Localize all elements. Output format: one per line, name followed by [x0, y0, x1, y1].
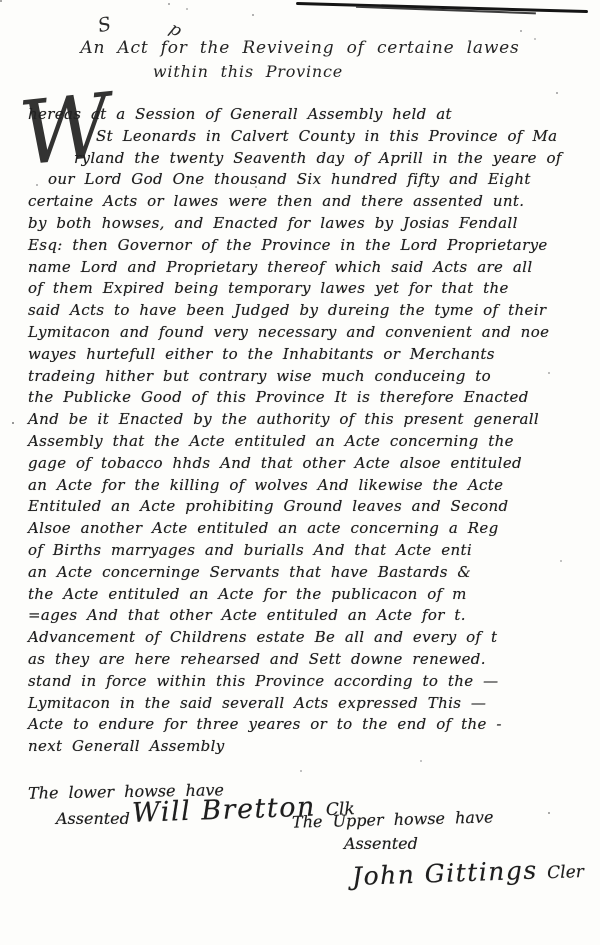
manuscript-line: Acte to endure for three yeares or to th…: [28, 714, 580, 736]
manuscript-line: Lymitacon in the said severall Acts expr…: [28, 693, 580, 715]
manuscript-line: by both howses, and Enacted for lawes by…: [28, 213, 580, 235]
dropcap-w: W: [16, 85, 114, 174]
manuscript-line: our Lord God One thousand Six hundred fi…: [48, 169, 580, 191]
manuscript-line: next Generall Assembly: [28, 736, 580, 758]
manuscript-line: said Acts to have been Judged by dureing…: [28, 300, 580, 322]
act-title-line1: An Act for the Reviveing of certaine law…: [0, 38, 600, 58]
manuscript-line: ryland the twenty Seaventh day of Aprill…: [74, 148, 580, 170]
manuscript-line: the Acte entituled an Acte for the publi…: [28, 584, 580, 606]
signature-section: The lower howse have Assented Will Brett…: [0, 782, 600, 942]
manuscript-line: name Lord and Proprietary thereof which …: [28, 257, 580, 279]
act-body: W hereas at a Session of Generall Assemb…: [28, 104, 580, 758]
upper-house-assent: Assented: [344, 834, 418, 853]
manuscript-line: hereas at a Session of Generall Assembly…: [28, 104, 580, 126]
manuscript-page: S p An Act for the Reviveing of certaine…: [0, 0, 600, 945]
upper-house-signature: John Gittings Cler: [352, 854, 585, 891]
manuscript-line: an Acte for the killing of wolves And li…: [28, 475, 580, 497]
upper-house-clerk-title: Cler: [547, 862, 584, 883]
manuscript-line: the Publicke Good of this Province It is…: [28, 387, 580, 409]
manuscript-line: Entituled an Acte prohibiting Ground lea…: [28, 496, 580, 518]
manuscript-line: Alsoe another Acte entituled an acte con…: [28, 518, 580, 540]
manuscript-line: certaine Acts or lawes were then and the…: [28, 191, 580, 213]
manuscript-line: tradeing hither but contrary wise much c…: [28, 366, 580, 388]
manuscript-line: wayes hurtefull either to the Inhabitant…: [28, 344, 580, 366]
manuscript-line: gage of tobacco hhds And that other Acte…: [28, 453, 580, 475]
manuscript-line: as they are here rehearsed and Sett down…: [28, 649, 580, 671]
manuscript-line: Advancement of Childrens estate Be all a…: [28, 627, 580, 649]
manuscript-line: of them Expired being temporary lawes ye…: [28, 278, 580, 300]
manuscript-line: St Leonards in Calvert County in this Pr…: [96, 126, 580, 148]
manuscript-line: stand in force within this Province acco…: [28, 671, 580, 693]
upper-house-signer-name: John Gittings: [352, 856, 539, 891]
manuscript-lines: hereas at a Session of Generall Assembly…: [28, 104, 580, 758]
page-mark-s: S: [96, 13, 113, 37]
upper-house-label: The Upper howse have: [292, 807, 494, 831]
manuscript-line: =ages And that other Acte entituled an A…: [28, 605, 580, 627]
manuscript-line: of Births marryages and burialls And tha…: [28, 540, 580, 562]
lower-house-signer-name: Will Bretton: [132, 791, 317, 828]
lower-house-assent: Assented: [56, 809, 130, 828]
manuscript-line: Lymitacon and found very necessary and c…: [28, 322, 580, 344]
manuscript-line: And be it Enacted by the authority of th…: [28, 409, 580, 431]
manuscript-line: an Acte concerninge Servants that have B…: [28, 562, 580, 584]
manuscript-line: Assembly that the Acte entituled an Acte…: [28, 431, 580, 453]
scan-noise-specks: [0, 0, 2, 2]
scan-edge-artifact: [296, 2, 588, 13]
manuscript-line: Esq: then Governor of the Province in th…: [28, 235, 580, 257]
